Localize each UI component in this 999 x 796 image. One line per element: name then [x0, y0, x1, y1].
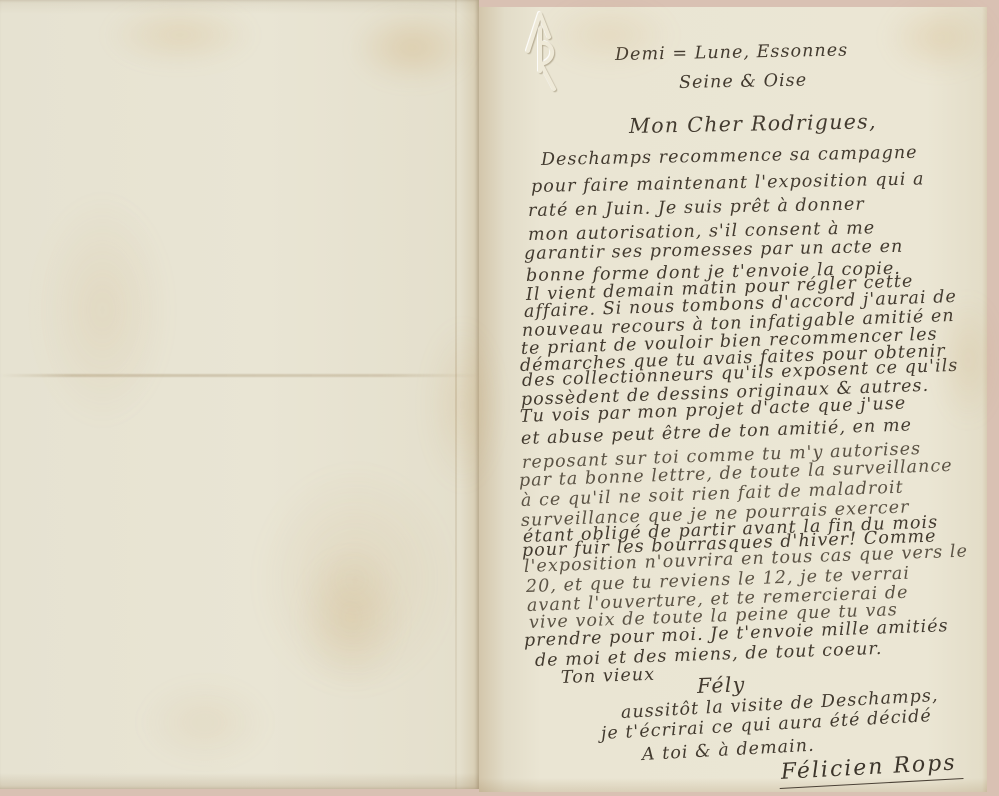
address-line-2: Seine & Oise [679, 71, 808, 94]
body-line: raté en Juin. Je suis prêt à donner [528, 195, 865, 222]
body-line: Deschamps recommence sa campagne [541, 143, 918, 170]
horizontal-fold-crease [0, 374, 478, 377]
body-line: pour faire maintenant l'exposition qui a [531, 169, 925, 197]
vertical-fold-crease [455, 0, 457, 789]
address-line-1: Demi = Lune, Essonnes [615, 41, 849, 66]
embossed-monogram-icon [523, 9, 563, 93]
letter-scan: Demi = Lune, Essonnes Seine & Oise Mon C… [0, 0, 999, 796]
signature-nickname: Fély [697, 673, 746, 698]
letter-page: Demi = Lune, Essonnes Seine & Oise Mon C… [479, 7, 987, 792]
salutation: Mon Cher Rodrigues, [629, 110, 877, 138]
blank-left-page [0, 0, 479, 789]
valediction: Ton vieux [561, 665, 656, 688]
